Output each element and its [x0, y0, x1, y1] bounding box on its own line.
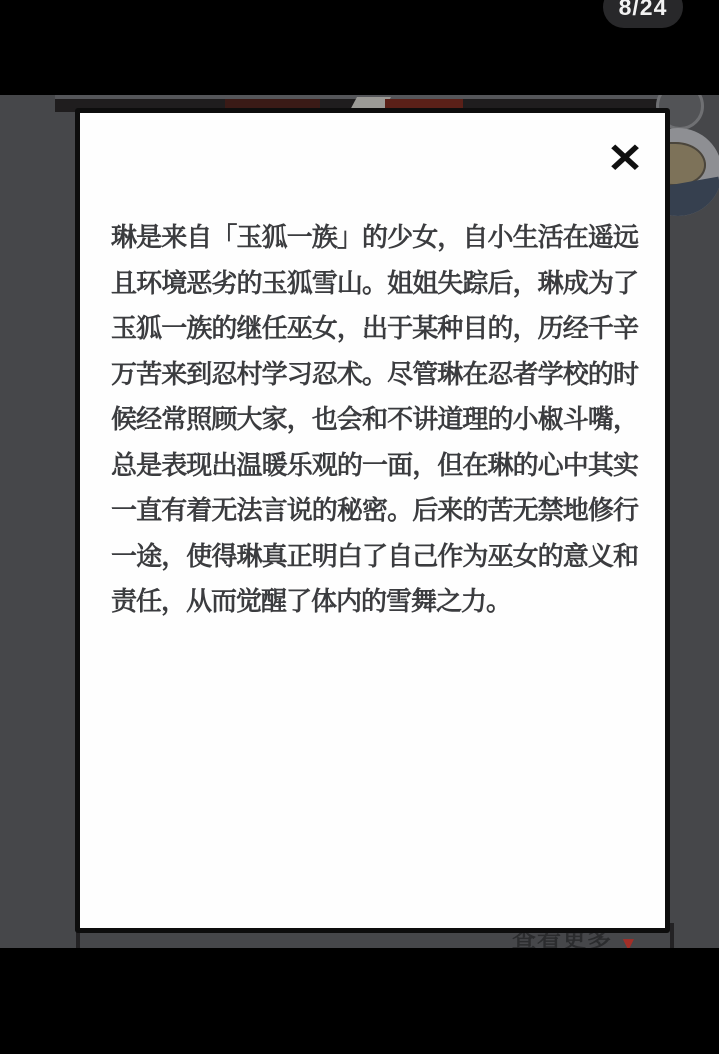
- page-indicator-text: 8/24: [619, 0, 668, 21]
- close-button[interactable]: ✕: [601, 135, 649, 183]
- page-indicator-badge: 8/24: [603, 0, 683, 28]
- background-frame-line: [670, 923, 674, 948]
- character-bio-modal: ✕ 琳是来自「玉狐一族」的少女，自小生活在遥远且环境恶劣的玉狐雪山。姐姐失踪后，…: [75, 108, 670, 933]
- close-icon: ✕: [607, 137, 644, 181]
- character-description: 琳是来自「玉狐一族」的少女，自小生活在遥远且环境恶劣的玉狐雪山。姐姐失踪后，琳成…: [111, 215, 638, 625]
